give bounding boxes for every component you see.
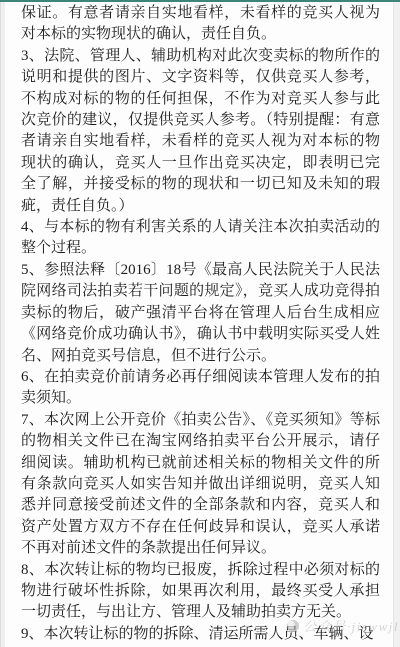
notice-paragraph: 6、在拍卖竞价前请务必再仔细阅读本管理人发布的拍卖须知。 <box>21 367 380 410</box>
notice-paragraph: 3、法院、管理人、辅助机构对此次变卖标的物所作的说明和提供的图片、文字资料等，仅… <box>21 46 380 217</box>
notice-paragraph: 7、本次网上公开竞价《拍卖公告》、《竞买须知》等标的物相关文件已在淘宝网络拍卖平… <box>21 410 380 560</box>
notice-paragraph: 8、本次转让标的物均已报废，拆除过程中必须对标的物进行破坏性拆除，如果再次利用，… <box>21 560 380 624</box>
auction-notice-text: 保证。有意者请亲自实地看样，未看样的竞买人视为对本标的实物现状的确认，责任自负。… <box>21 3 380 645</box>
notice-paragraph: 4、与本标的物有利害关系的人请关注本次拍卖活动的整个过程。 <box>21 217 380 260</box>
right-page-gutter <box>393 0 400 647</box>
left-page-gutter <box>0 0 5 647</box>
notice-paragraph: 保证。有意者请亲自实地看样，未看样的竞买人视为对本标的实物现状的确认，责任自负。 <box>21 3 380 46</box>
notice-paragraph: 9、本次转让标的物的拆除、清运所需人员、车辆、设 <box>21 624 380 645</box>
notice-paragraph: 5、参照法释〔2016〕18号《最高人民法院关于人民法院网络司法拍卖若干问题的规… <box>21 260 380 367</box>
top-edge-line <box>0 0 400 2</box>
article-page: 保证。有意者请亲自实地看样，未看样的竞买人视为对本标的实物现状的确认，责任自负。… <box>0 0 400 647</box>
